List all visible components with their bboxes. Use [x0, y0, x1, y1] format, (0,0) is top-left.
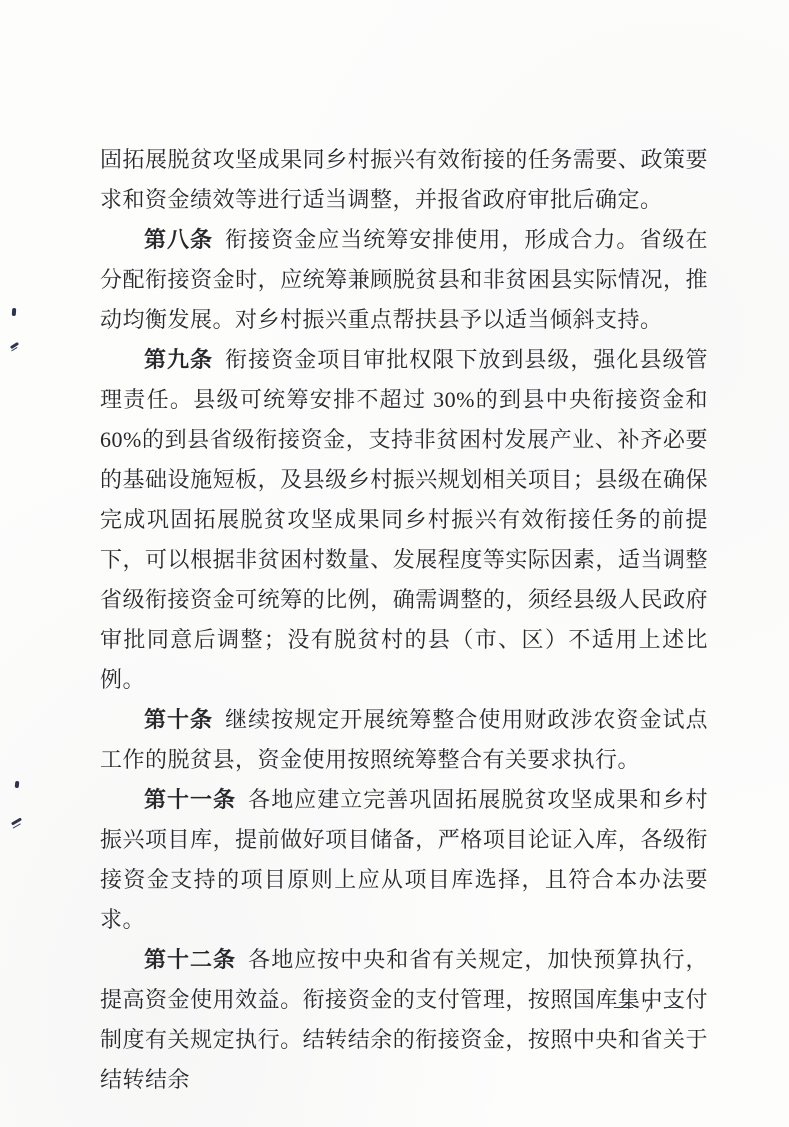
paragraph-text: 衔接资金项目审批权限下放到县级，强化县级管理责任。县级可统筹安排不超过 30%的… [100, 347, 708, 692]
article-paragraph: 第十一条各地应建立完善巩固拓展脱贫攻坚成果和乡村振兴项目库，提前做好项目储备，严… [100, 780, 708, 940]
ink-mark-artifact [11, 817, 22, 825]
article-number: 第八条 [144, 227, 213, 252]
ink-mark-artifact [15, 781, 20, 788]
article-number: 第九条 [144, 347, 213, 372]
page-number: — 7 — [575, 996, 725, 1018]
article-paragraph: 第十条继续按规定开展统筹整合使用财政涉农资金试点工作的脱贫县，资金使用按照统筹整… [100, 700, 708, 780]
ink-mark-artifact [12, 308, 17, 316]
ink-mark-artifact [10, 342, 19, 349]
article-paragraph: 第九条衔接资金项目审批权限下放到县级，强化县级管理责任。县级可统筹安排不超过 3… [100, 340, 708, 700]
article-paragraph: 第十二条各地应按中央和省有关规定，加快预算执行，提高资金使用效益。衔接资金的支付… [100, 940, 708, 1100]
document-body: 固拓展脱贫攻坚成果同乡村振兴有效衔接的任务需要、政策要求和资金绩效等进行适当调整… [100, 140, 708, 1100]
continuation-paragraph: 固拓展脱贫攻坚成果同乡村振兴有效衔接的任务需要、政策要求和资金绩效等进行适当调整… [100, 140, 708, 220]
article-paragraph: 第八条衔接资金应当统筹安排使用，形成合力。省级在分配衔接资金时，应统筹兼顾脱贫县… [100, 220, 708, 340]
document-page: 固拓展脱贫攻坚成果同乡村振兴有效衔接的任务需要、政策要求和资金绩效等进行适当调整… [0, 0, 789, 1127]
article-number: 第十二条 [144, 947, 236, 972]
paragraph-text: 固拓展脱贫攻坚成果同乡村振兴有效衔接的任务需要、政策要求和资金绩效等进行适当调整… [100, 147, 708, 212]
article-number: 第十条 [144, 707, 213, 732]
article-number: 第十一条 [144, 787, 236, 812]
